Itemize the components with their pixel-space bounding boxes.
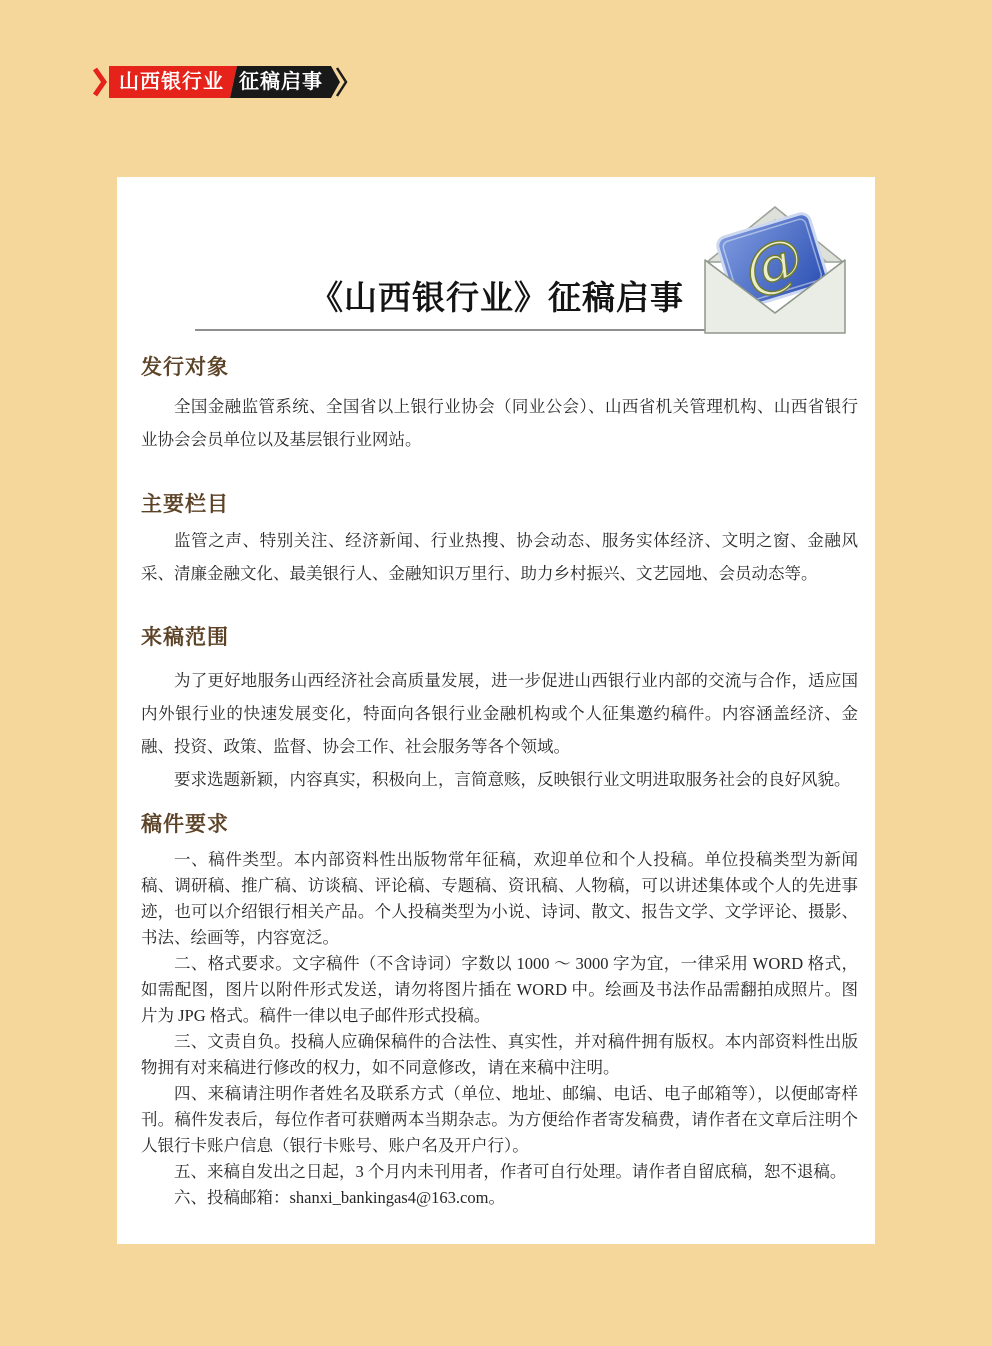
ribbon-tail-icon <box>92 66 107 98</box>
masthead-ribbon: 山西银行业 征稿启事 <box>92 66 349 98</box>
section-heading-submission-scope: 来稿范围 <box>141 625 858 650</box>
section-heading-manuscript-requirements: 稿件要求 <box>141 812 858 837</box>
section-heading-main-columns: 主要栏目 <box>141 492 858 517</box>
requirement-item-5: 五、来稿自发出之日起，3 个月内未刊用者，作者可自行处理。请作者自留底稿，恕不退… <box>141 1159 858 1185</box>
requirement-item-1: 一、稿件类型。本内部资料性出版物常年征稿，欢迎单位和个人投稿。单位投稿类型为新闻… <box>141 847 858 951</box>
title-divider <box>195 329 717 331</box>
requirement-item-6-submission-email: 六、投稿邮箱：shanxi_bankingas4@163.com。 <box>141 1185 858 1211</box>
requirement-item-2: 二、格式要求。文字稿件（不含诗词）字数以 1000 ～ 3000 字为宜，一律采… <box>141 951 858 1029</box>
requirement-item-3: 三、文责自负。投稿人应确保稿件的合法性、真实性，并对稿件拥有版权。本内部资料性出… <box>141 1029 858 1081</box>
main-columns-paragraph: 监管之声、特别关注、经济新闻、行业热搜、协会动态、服务实体经济、文明之窗、金融风… <box>141 524 858 590</box>
distribution-targets-paragraph: 全国金融监管系统、全国省以上银行业协会（同业公会）、山西省机关管理机构、山西省银… <box>141 390 858 456</box>
requirement-item-4: 四、来稿请注明作者姓名及联系方式（单位、地址、邮编、电话、电子邮箱等），以便邮寄… <box>141 1081 858 1159</box>
page-title: 《山西银行业》征稿启事 <box>287 278 707 318</box>
notice-document: 《山西银行业》征稿启事 @ 发行对象 全国金融监管系统、全国省以上银行业协会（同… <box>117 177 875 1244</box>
submission-scope-paragraph-2: 要求选题新颖，内容真实，积极向上，言简意赅，反映银行业文明进取服务社会的良好风貌… <box>141 763 858 796</box>
ribbon-notice-label: 征稿启事 <box>230 66 340 98</box>
email-envelope-icon: @ <box>700 200 850 338</box>
page-background: { "page": { "background_color": "#F6D79B… <box>0 0 992 1346</box>
ribbon-journal-name: 山西银行业 <box>109 66 237 98</box>
notice-body: 发行对象 全国金融监管系统、全国省以上银行业协会（同业公会）、山西省机关管理机构… <box>141 355 858 1211</box>
submission-scope-paragraph-1: 为了更好地服务山西经济社会高质量发展，进一步促进山西银行业内部的交流与合作，适应… <box>141 664 858 763</box>
section-heading-distribution-targets: 发行对象 <box>141 355 858 380</box>
